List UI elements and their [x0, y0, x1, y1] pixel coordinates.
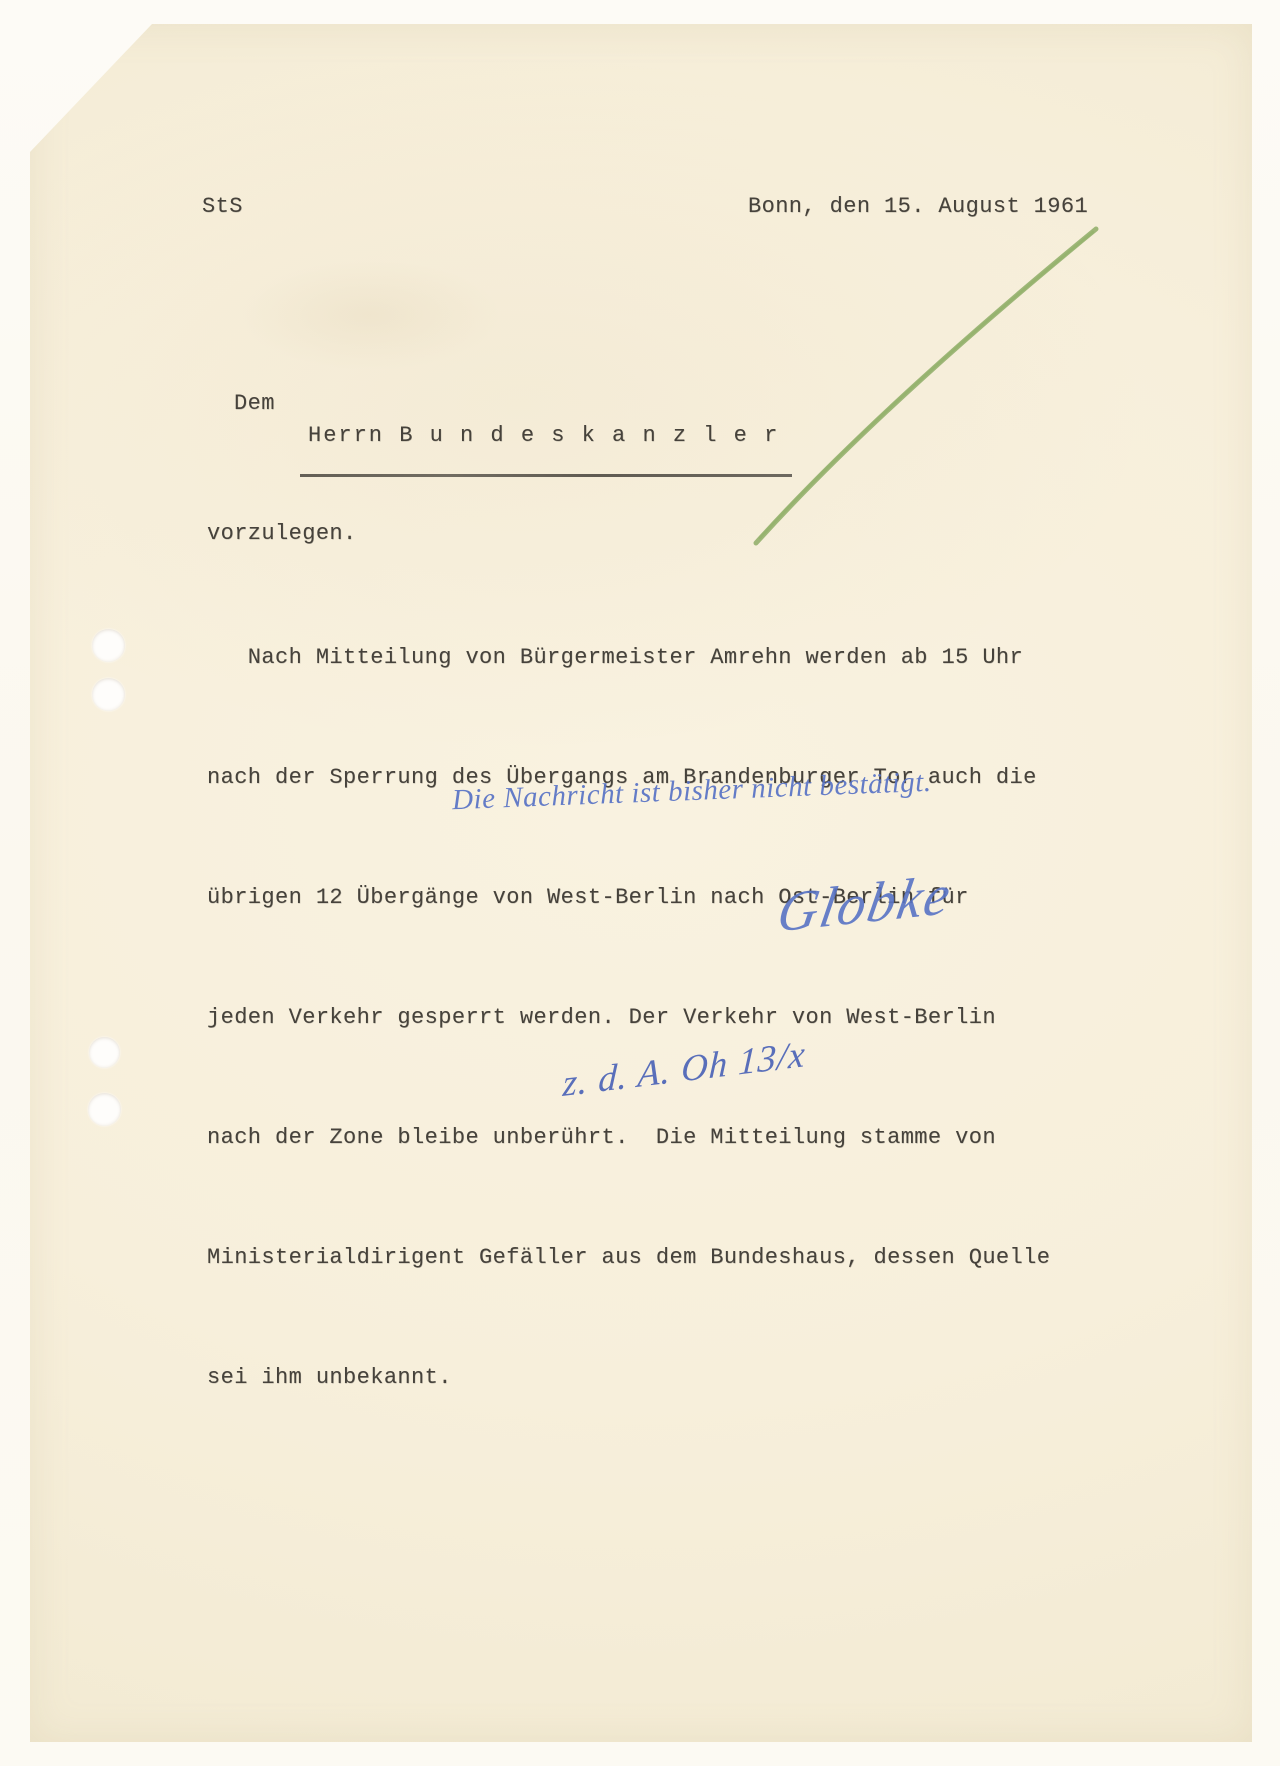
dateline: Bonn, den 15. August 1961: [748, 187, 1088, 227]
punch-hole: [92, 629, 125, 662]
letter-body: Nach Mitteilung von Bürgermeister Amrehn…: [207, 558, 1050, 1438]
body-line: sei ihm unbekannt.: [207, 1358, 1050, 1398]
recipient-line-1: Dem: [234, 384, 275, 424]
punch-hole: [88, 1093, 121, 1126]
recipient-line-2: Herrn B u n d e s k a n z l e r: [308, 416, 779, 456]
body-line: jeden Verkehr gesperrt werden. Der Verke…: [207, 998, 1050, 1038]
opening-line: vorzulegen.: [207, 514, 357, 554]
punch-hole: [92, 678, 125, 711]
body-line: Ministerialdirigent Gefäller aus dem Bun…: [207, 1238, 1050, 1278]
body-line: Nach Mitteilung von Bürgermeister Amrehn…: [207, 638, 1050, 678]
recipient-underline: [300, 474, 792, 477]
reference-mark: StS: [202, 187, 243, 227]
body-line: nach der Zone bleibe unberührt. Die Mitt…: [207, 1118, 1050, 1158]
punch-hole: [89, 1037, 120, 1068]
paper-stain: [240, 260, 500, 370]
